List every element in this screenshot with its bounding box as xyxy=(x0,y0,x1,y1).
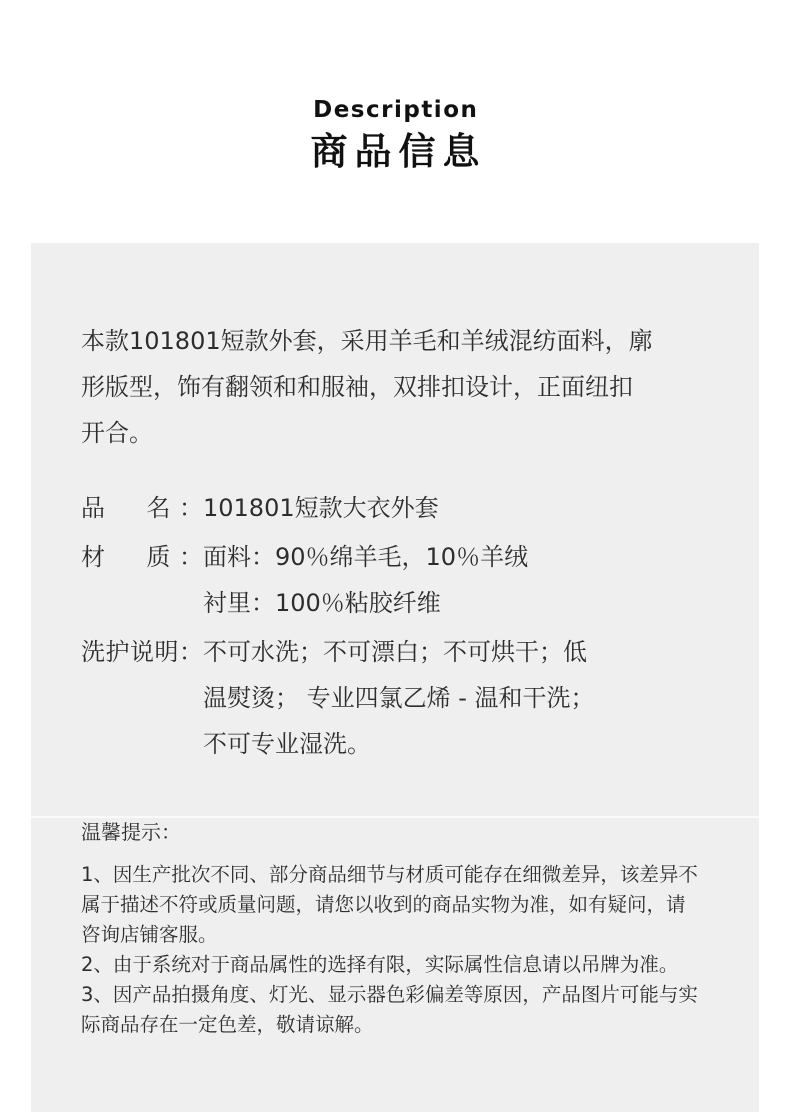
spec-label-product-name: 品 名： xyxy=(81,485,203,531)
tip-item-3: 3、因产品拍摄角度、灯光、显示器色彩偏差等原因，产品图片可能与实 际商品存在一定… xyxy=(81,980,709,1040)
tip-item-1: 1、因生产批次不同、部分商品细节与材质可能存在细微差异，该差异不 属于描述不符或… xyxy=(81,860,709,950)
product-intro-paragraph: 本款101801短款外套，采用羊毛和羊绒混纺面料，廓 形版型，饰有翻领和和服袖，… xyxy=(81,243,709,456)
spec-value-product-name: 101801短款大衣外套 xyxy=(203,485,439,531)
header-subtitle-en: Description xyxy=(0,96,790,124)
page-title: 商品信息 xyxy=(0,130,790,174)
product-description-page: Description 商品信息 本款101801短款外套，采用羊毛和羊绒混纺面… xyxy=(0,0,790,1112)
tips-title: 温馨提示： xyxy=(81,818,709,846)
page-header: Description 商品信息 xyxy=(0,0,790,174)
spec-label-care-instructions: 洗护说明： xyxy=(81,629,203,675)
tip-item-2: 2、由于系统对于商品属性的选择有限，实际属性信息请以吊牌为准。 xyxy=(81,950,709,980)
spec-row-product-name: 品 名： 101801短款大衣外套 xyxy=(81,485,709,531)
spec-list: 品 名： 101801短款大衣外套 材 质： 面料：90％绵羊毛，10％羊绒 衬… xyxy=(81,485,709,767)
spec-row-material: 材 质： 面料：90％绵羊毛，10％羊绒 衬里：100％粘胶纤维 xyxy=(81,534,709,626)
spec-value-material: 面料：90％绵羊毛，10％羊绒 衬里：100％粘胶纤维 xyxy=(203,534,528,626)
spec-label-material: 材 质： xyxy=(81,534,203,580)
product-info-card: 本款101801短款外套，采用羊毛和羊绒混纺面料，廓 形版型，饰有翻领和和服袖，… xyxy=(31,243,759,1112)
tips-section: 温馨提示： 1、因生产批次不同、部分商品细节与材质可能存在细微差异，该差异不 属… xyxy=(81,818,709,1040)
spec-row-care-instructions: 洗护说明： 不可水洗；不可漂白；不可烘干；低 温熨烫； 专业四氯乙烯 - 温和干… xyxy=(81,629,709,767)
spec-value-care-instructions: 不可水洗；不可漂白；不可烘干；低 温熨烫； 专业四氯乙烯 - 温和干洗； 不可专… xyxy=(203,629,595,767)
